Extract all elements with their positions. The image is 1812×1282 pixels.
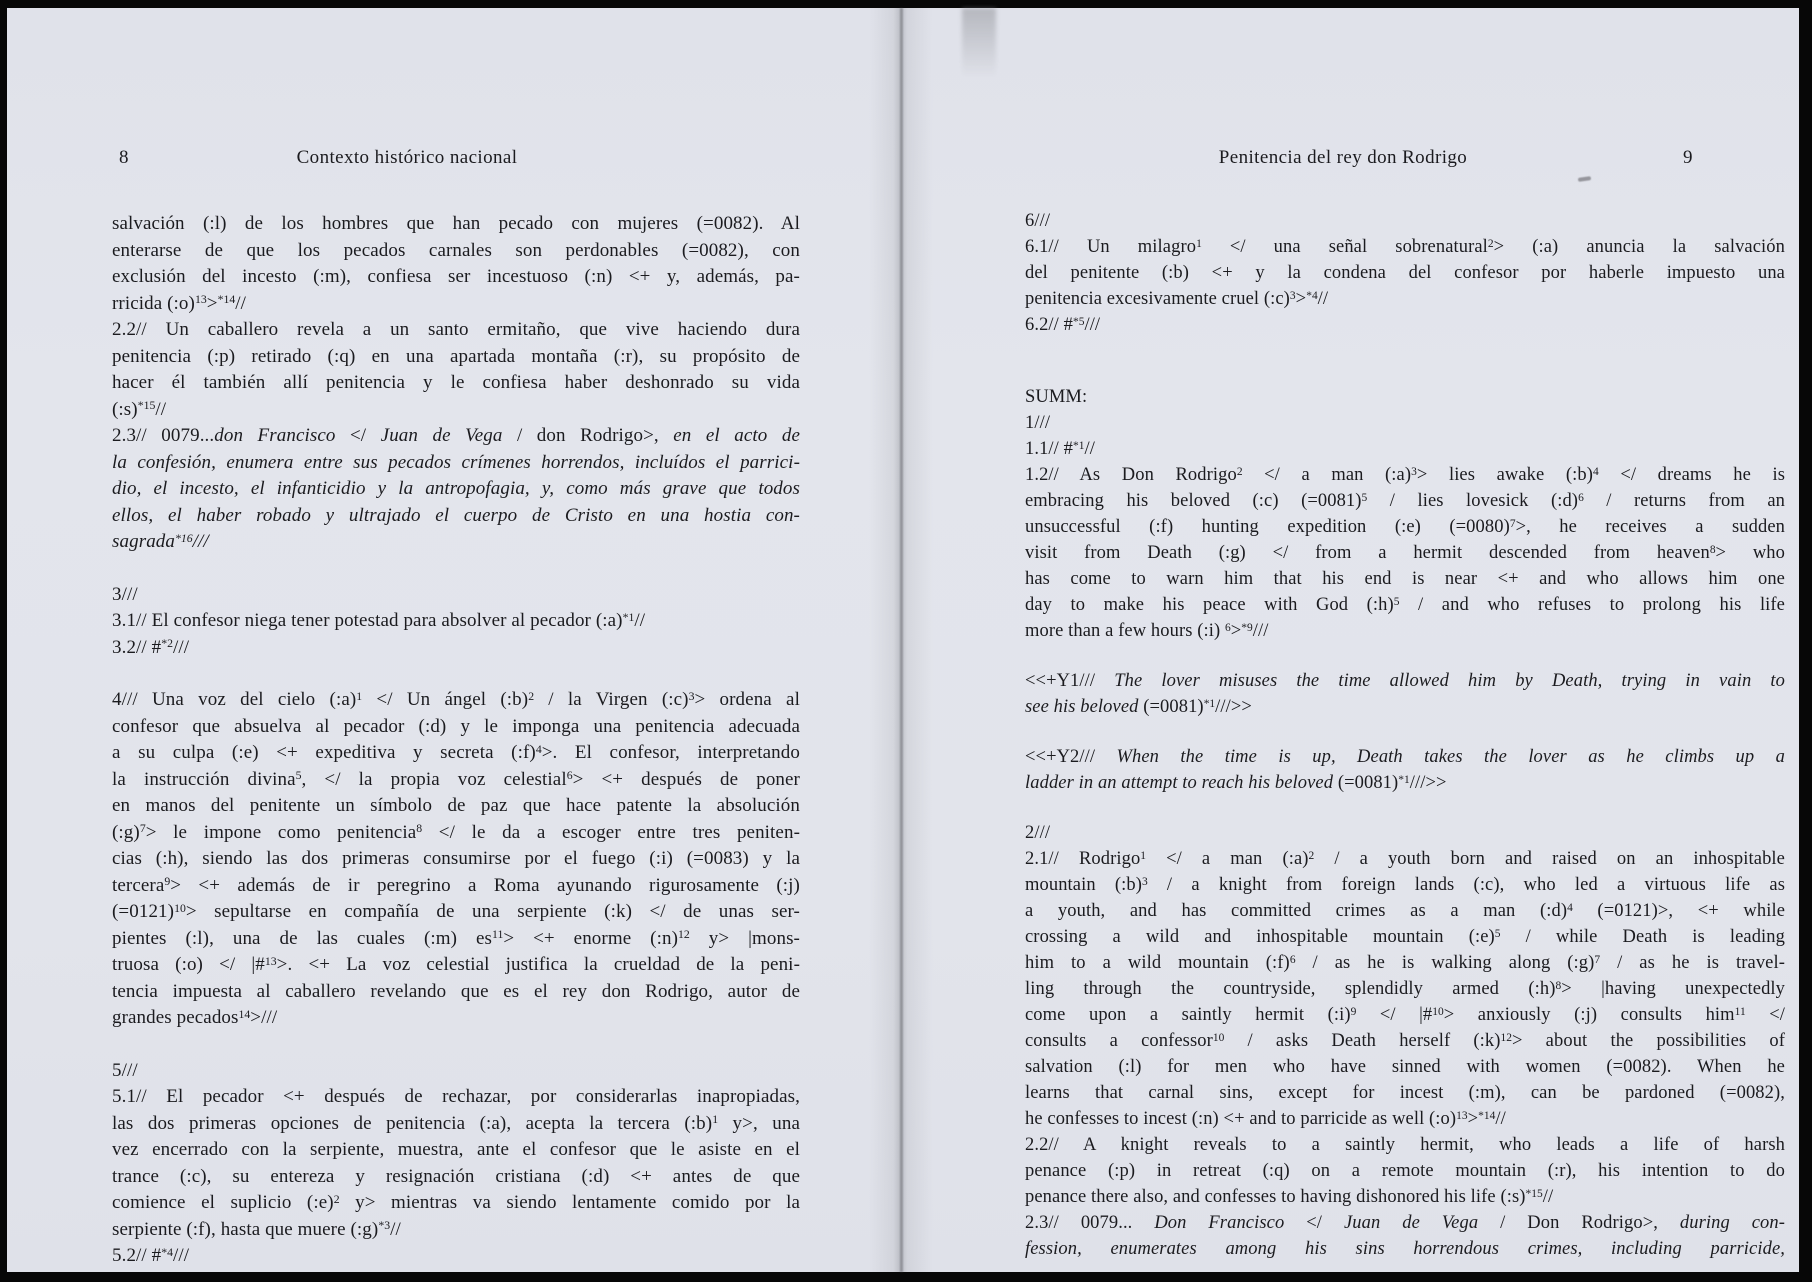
paragraph: 2.3// 0079... Don Francisco </ Juan de V… (1025, 1210, 1785, 1262)
book-paper: 8 Contexto histórico nacional salvación … (7, 8, 1799, 1272)
superscript-note: 10 (1213, 1032, 1224, 1044)
italic-text: fession, enumerates among his sins horre… (1025, 1239, 1785, 1259)
text-line: 1.2// As Don Rodrigo2 </ a man (:a)3> li… (1025, 462, 1785, 488)
paragraph: 4/// Una voz del cielo (:a)1 </ Un ángel… (112, 687, 800, 1032)
superscript-note: *3 (378, 1219, 390, 1232)
italic-text: Juan de Vega (381, 425, 503, 446)
text-line: day to make his peace with God (:h)5 / a… (1025, 592, 1785, 618)
page-number-right: 9 (1683, 147, 1693, 169)
text-line: unsuccessful (:f) hunting expedition (:e… (1025, 514, 1785, 540)
right-page-body: 6///6.1// Un milagro1 </ una señal sobre… (1025, 208, 1785, 1262)
text-line: penance there also, and confesses to hav… (1025, 1184, 1785, 1210)
text-line: ling through the countryside, splendidly… (1025, 976, 1785, 1002)
superscript-note: 10 (1432, 1006, 1443, 1018)
page-number-left: 8 (119, 147, 129, 169)
text-line: cias (:h), siendo las dos primeras consu… (112, 846, 800, 873)
superscript-note: 10 (174, 902, 186, 915)
text-line: 5/// (112, 1058, 800, 1085)
paragraph: salvación (:l) de los hombres que han pe… (112, 211, 800, 317)
superscript-note: 9 (164, 875, 170, 888)
text-line: <<+Y1/// The lover misuses the time allo… (1025, 668, 1785, 694)
superscript-note: 7 (140, 822, 146, 835)
text-line: exclusión del incesto (:m), confiesa ser… (112, 264, 800, 291)
text-line: enterarse de que los pecados carnales so… (112, 238, 800, 265)
superscript-note: 13 (195, 293, 207, 306)
superscript-note: 1 (1196, 238, 1202, 250)
text-line: la instrucción divina5, </ la propia voz… (112, 767, 800, 794)
superscript-note: 4 (1593, 466, 1599, 478)
text-line: 2.1// Rodrigo1 </ a man (:a)2 / a youth … (1025, 846, 1785, 872)
text-line: 6.1// Un milagro1 </ una señal sobrenatu… (1025, 234, 1785, 260)
superscript-note: 9 (1351, 1006, 1357, 1018)
paragraph: 2.2// Un caballero revela a un santo erm… (112, 317, 800, 423)
text-line: sagrada*16/// (112, 529, 800, 556)
superscript-note: 13 (265, 955, 277, 968)
text-line: 5.2// #*4/// (112, 1243, 800, 1270)
superscript-note: *1 (623, 611, 635, 624)
text-line: penitencia (:p) retirado (:q) en una apa… (112, 344, 800, 371)
superscript-note: *14 (218, 293, 236, 306)
section-spacer (1025, 720, 1785, 744)
text-line: mountain (:b)3 / a knight from foreign l… (1025, 872, 1785, 898)
superscript-note: *16 (175, 532, 193, 545)
text-line: (:s)*15// (112, 397, 800, 424)
superscript-note: 14 (239, 1008, 251, 1021)
text-line: has come to warn him that his end is nea… (1025, 566, 1785, 592)
superscript-note: 6 (1225, 622, 1231, 634)
text-line: come upon a saintly hermit (:i)9 </ |#10… (1025, 1002, 1785, 1028)
superscript-note: 5 (296, 769, 302, 782)
page-gutter-shadow (869, 8, 933, 1272)
text-line: tercera9> <+ además de ir peregrino a Ro… (112, 873, 800, 900)
italic-text: The lover misuses the time allowed him b… (1114, 671, 1785, 691)
superscript-note: 8 (416, 822, 422, 835)
superscript-note: 8 (1710, 544, 1716, 556)
superscript-note: *5 (1073, 316, 1084, 328)
text-line: he confesses to incest (:n) <+ and to pa… (1025, 1106, 1785, 1132)
superscript-note: *15 (1526, 1188, 1543, 1200)
text-line: consults a confessor10 / asks Death hers… (1025, 1028, 1785, 1054)
superscript-note: 13 (1456, 1110, 1467, 1122)
text-line: a youth, and has committed crimes as a m… (1025, 898, 1785, 924)
superscript-note: 12 (1501, 1032, 1512, 1044)
superscript-note: 4 (536, 743, 542, 756)
text-line: salvación (:l) de los hombres que han pe… (112, 211, 800, 238)
text-line: ellos, el haber robado y ultrajado el cu… (112, 503, 800, 530)
italic-text: sagrada (112, 531, 175, 552)
text-line: 1.1// #*1// (1025, 436, 1785, 462)
scanned-book-spread: { "left": { "page_number": "8", "header"… (0, 0, 1812, 1282)
paragraph: 2///2.1// Rodrigo1 </ a man (:a)2 / a yo… (1025, 820, 1785, 1132)
text-line: 2.3// 0079...don Francisco </ Juan de Ve… (112, 423, 800, 450)
text-line: <<+Y2/// When the time is up, Death take… (1025, 744, 1785, 770)
text-line: comience el suplicio (:e)2 y> mientras v… (112, 1190, 800, 1217)
page-gutter-crease (900, 8, 903, 1272)
paragraph: <<+Y2/// When the time is up, Death take… (1025, 744, 1785, 796)
paragraph: SUMM:1///1.1// #*1//1.2// As Don Rodrigo… (1025, 384, 1785, 644)
text-line: la confesión, enumera entre sus pecados … (112, 450, 800, 477)
text-line: more than a few hours (:i) 6>*9/// (1025, 618, 1785, 644)
superscript-note: 8 (1555, 980, 1561, 992)
text-line: grandes pecados14>/// (112, 1005, 800, 1032)
superscript-note: 3 (1290, 290, 1296, 302)
superscript-note: *1 (1204, 698, 1215, 710)
superscript-note: *4 (161, 1246, 173, 1259)
text-line: penitencia excesivamente cruel (:c)3>*4/… (1025, 286, 1785, 312)
paragraph: <<+Y1/// The lover misuses the time allo… (1025, 668, 1785, 720)
text-line: pientes (:l), una de las cuales (:m) es1… (112, 926, 800, 953)
text-line: penance (:p) in retreat (:q) on a remote… (1025, 1158, 1785, 1184)
text-line: 2.2// Un caballero revela a un santo erm… (112, 317, 800, 344)
superscript-note: 4 (1567, 902, 1573, 914)
superscript-note: 11 (492, 928, 503, 941)
text-line: ladder in an attempt to reach his belove… (1025, 770, 1785, 796)
italic-text: dio, el incesto, el infanticidio y la an… (112, 478, 800, 499)
italic-text: see his beloved (1025, 697, 1139, 717)
text-line: confesor que absuelva al pecador (:d) y … (112, 714, 800, 741)
text-line: salvation (:l) for men who have sinned w… (1025, 1054, 1785, 1080)
right-page: Penitencia del rey don Rodrigo 9 6///6.1… (1025, 8, 1785, 1272)
superscript-note: 2 (1309, 850, 1315, 862)
italic-text: don Francisco (214, 425, 335, 446)
superscript-note: 1 (1140, 850, 1146, 862)
superscript-note: 7 (1594, 954, 1600, 966)
running-header-left: Contexto histórico nacional (297, 147, 518, 169)
text-line: 3/// (112, 582, 800, 609)
text-line: 6.2// #*5/// (1025, 312, 1785, 338)
text-line: rricida (:o)13>*14// (112, 291, 800, 318)
text-line: a su culpa (:e) <+ expeditiva y secreta … (112, 740, 800, 767)
superscript-note: 1 (712, 1113, 718, 1126)
scan-smudge-top (962, 8, 996, 78)
text-line: 3.1// El confesor niega tener potestad p… (112, 608, 800, 635)
paragraph: 2.3// 0079...don Francisco </ Juan de Ve… (112, 423, 800, 556)
text-line: 3.2// #*2/// (112, 635, 800, 662)
superscript-note: 5 (1362, 492, 1368, 504)
text-line: 6/// (1025, 208, 1785, 234)
italic-text: Juan de Vega (1344, 1213, 1478, 1233)
superscript-note: *1 (1398, 774, 1409, 786)
left-page: 8 Contexto histórico nacional salvación … (112, 8, 800, 1272)
text-line: trance (:c), su entereza y resignación c… (112, 1164, 800, 1191)
italic-text: ladder in an attempt to reach his belove… (1025, 773, 1333, 793)
section-spacer (1025, 338, 1785, 384)
text-line: SUMM: (1025, 384, 1785, 410)
paragraph: 6///6.1// Un milagro1 </ una señal sobre… (1025, 208, 1785, 338)
superscript-note: 1 (356, 690, 362, 703)
text-line: (=0121)10> sepultarse en compañía de una… (112, 899, 800, 926)
section-spacer (112, 1032, 800, 1058)
italic-text: ellos, el haber robado y ultrajado el cu… (112, 505, 800, 526)
superscript-note: *1 (1073, 440, 1084, 452)
running-header-right: Penitencia del rey don Rodrigo (1219, 147, 1467, 169)
text-line: del penitente (:b) <+ y la condena del c… (1025, 260, 1785, 286)
italic-text: Don Francisco (1154, 1213, 1284, 1233)
text-line: en manos del penitente un símbolo de paz… (112, 793, 800, 820)
text-line: learns that carnal sins, except for ince… (1025, 1080, 1785, 1106)
text-line: him to a wild mountain (:f)6 / as he is … (1025, 950, 1785, 976)
paragraph: 2.2// A knight reveals to a saintly herm… (1025, 1132, 1785, 1210)
italic-text: during con- (1680, 1213, 1785, 1233)
text-line: 1/// (1025, 410, 1785, 436)
superscript-note: 6 (1290, 954, 1296, 966)
text-line: 4/// Una voz del cielo (:a)1 </ Un ángel… (112, 687, 800, 714)
text-line: 2/// (1025, 820, 1785, 846)
superscript-note: 2 (528, 690, 534, 703)
text-line: dio, el incesto, el infanticidio y la an… (112, 476, 800, 503)
superscript-note: 2 (1237, 466, 1243, 478)
left-page-body: salvación (:l) de los hombres que han pe… (112, 211, 800, 1270)
text-line: 2.3// 0079... Don Francisco </ Juan de V… (1025, 1210, 1785, 1236)
italic-text: la confesión, enumera entre sus pecados … (112, 452, 800, 473)
superscript-note: 3 (1142, 876, 1148, 888)
italic-text: en el acto de (673, 425, 800, 446)
text-line: see his beloved (=0081)*1///>> (1025, 694, 1785, 720)
text-line: fession, enumerates among his sins horre… (1025, 1236, 1785, 1262)
text-line: visit from Death (:g) </ from a hermit d… (1025, 540, 1785, 566)
paragraph: 3///3.1// El confesor niega tener potest… (112, 582, 800, 662)
text-line: 5.1// El pecador <+ después de rechazar,… (112, 1084, 800, 1111)
superscript-note: 3 (1411, 466, 1417, 478)
text-line: embracing his beloved (:c) (=0081)5 / li… (1025, 488, 1785, 514)
section-spacer (1025, 796, 1785, 820)
superscript-note: 2 (334, 1193, 340, 1206)
superscript-note: 7 (1510, 518, 1516, 530)
text-line: tencia impuesta al caballero revelando q… (112, 979, 800, 1006)
superscript-note: *14 (1478, 1110, 1495, 1122)
text-line: hacer él también allí penitencia y le co… (112, 370, 800, 397)
paragraph: 5///5.1// El pecador <+ después de recha… (112, 1058, 800, 1270)
superscript-note: 11 (1735, 1006, 1746, 1018)
superscript-note: 3 (689, 690, 695, 703)
text-line: truosa (:o) </ |#13>. <+ La voz celestia… (112, 952, 800, 979)
italic-text: /// (193, 531, 209, 552)
superscript-note: 5 (1495, 928, 1501, 940)
section-spacer (112, 556, 800, 582)
italic-text: When the time is up, Death takes the lov… (1117, 747, 1785, 767)
text-line: vez encerrado con la serpiente, muestra,… (112, 1137, 800, 1164)
superscript-note: *15 (138, 399, 156, 412)
section-spacer (1025, 644, 1785, 668)
text-line: las dos primeras opciones de penitencia … (112, 1111, 800, 1138)
superscript-note: 12 (678, 928, 690, 941)
superscript-note: 5 (1394, 596, 1400, 608)
superscript-note: 6 (1578, 492, 1584, 504)
text-line: serpiente (:f), hasta que muere (:g)*3// (112, 1217, 800, 1244)
superscript-note: *4 (1306, 290, 1317, 302)
superscript-note: 2 (1488, 238, 1494, 250)
text-line: crossing a wild and inhospitable mountai… (1025, 924, 1785, 950)
text-line: 2.2// A knight reveals to a saintly herm… (1025, 1132, 1785, 1158)
superscript-note: *2 (161, 637, 173, 650)
superscript-note: 6 (567, 769, 573, 782)
superscript-note: *9 (1241, 622, 1252, 634)
text-line: (:g)7> le impone como penitencia8 </ le … (112, 820, 800, 847)
section-spacer (112, 661, 800, 687)
